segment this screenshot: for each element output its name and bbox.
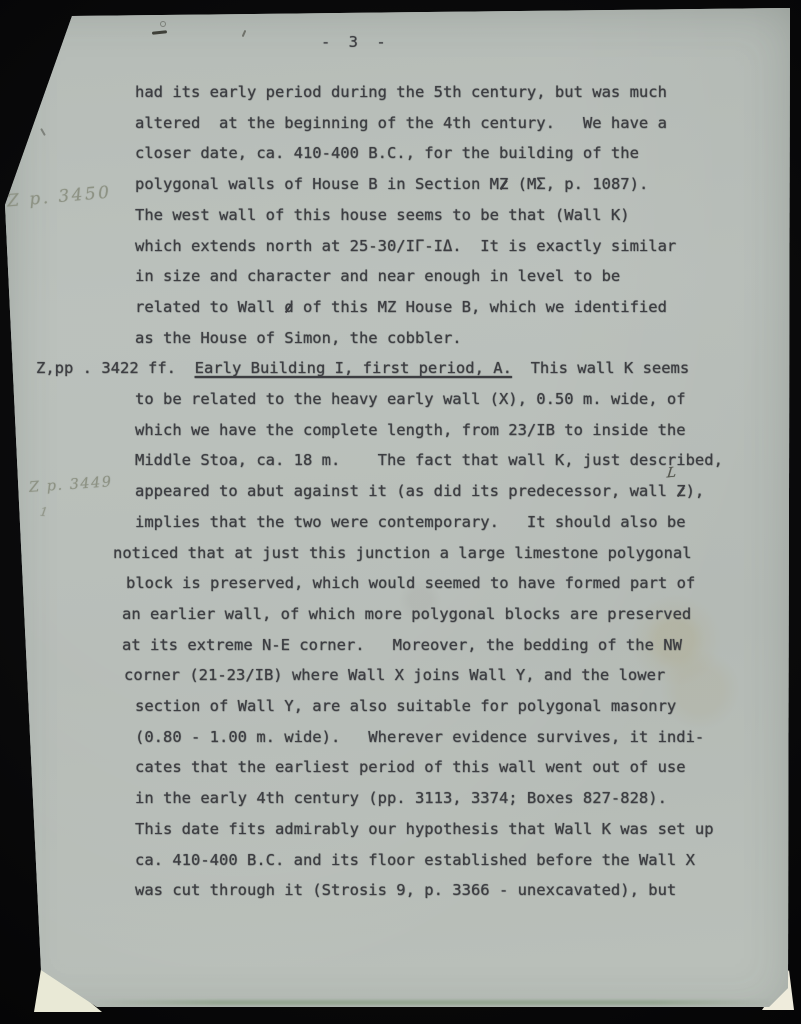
typed-line: which we have the complete length, from … — [135, 423, 686, 439]
typed-text: (MΣ, p. 1087). — [508, 175, 648, 193]
typed-line: Middle Stoa, ca. 18 m. The fact that wal… — [135, 453, 723, 469]
typed-line: (0.80 - 1.00 m. wide). Wherever evidence… — [135, 730, 704, 746]
typed-line: which extends north at 25-30/IΓ-IΔ. It i… — [135, 239, 676, 255]
margin-pencil-tick: 1 — [39, 505, 49, 520]
typed-line: appeared to abut against it (as did its … — [135, 484, 704, 500]
typed-text: polygonal walls of House B in Section M — [135, 175, 499, 193]
typed-text: ), — [686, 482, 705, 500]
typed-line: had its early period during the 5th cent… — [135, 85, 667, 101]
typed-line: ca. 410-400 B.C. and its floor establish… — [135, 853, 695, 869]
pencil-mark — [160, 21, 166, 27]
typed-line: This date fits admirably our hypothesis … — [135, 822, 714, 838]
pencil-mark — [40, 128, 46, 136]
typed-line: polygonal walls of House B in Section MZ… — [135, 177, 648, 193]
struck-character: d — [284, 300, 293, 316]
typed-text: of this MZ House B, which we identified — [294, 298, 667, 316]
pencil-mark — [242, 30, 247, 37]
typed-line: related to Wall d of this MZ House B, wh… — [135, 300, 667, 316]
typed-text: This wall K seems — [512, 359, 689, 377]
margin-note-pencil-mid: Z p. 3449 — [29, 474, 114, 496]
typed-line: noticed that at just this junction a lar… — [113, 546, 692, 562]
typed-text: Z,pp . 3422 ff. — [36, 359, 195, 377]
typed-line: in size and character and near enough in… — [135, 269, 620, 285]
typed-line: Z,pp . 3422 ff. Early Building I, first … — [36, 361, 689, 377]
typed-line: The west wall of this house seems to be … — [135, 208, 630, 224]
underlined-heading: Early Building I, first period, A. — [195, 359, 512, 377]
typed-line: cates that the earliest period of this w… — [135, 760, 686, 776]
typed-line: altered at the beginning of the 4th cent… — [135, 116, 667, 132]
typed-line: corner (21-23/IB) where Wall X joins Wal… — [124, 668, 665, 684]
pencil-mark — [152, 30, 167, 35]
struck-character: Z — [499, 177, 508, 193]
typed-line: closer date, ca. 410-400 B.C., for the b… — [135, 146, 639, 162]
typed-text: appeared to abut against it (as did its … — [135, 482, 676, 500]
typed-line: in the early 4th century (pp. 3113, 3374… — [135, 791, 667, 807]
margin-note-pencil-top: Z p. 3450 — [6, 182, 112, 211]
typed-text: related to Wall — [135, 298, 284, 316]
page-number: - 3 - — [321, 33, 390, 51]
typed-line: section of Wall Y, are also suitable for… — [135, 699, 676, 715]
typed-line: as the House of Simon, the cobbler. — [135, 331, 462, 347]
typed-line: implies that the two were contemporary. … — [135, 515, 686, 531]
typed-line: was cut through it (Strosis 9, p. 3366 -… — [135, 883, 676, 899]
typed-line: an earlier wall, of which more polygonal… — [122, 607, 691, 623]
scan-background: - 3 - had its early period during the 5t… — [0, 0, 801, 1024]
page-bottom-edge — [96, 1000, 777, 1005]
handwritten-correction-L: L — [666, 465, 677, 482]
struck-character: Z — [676, 484, 685, 500]
document-page: - 3 - had its early period during the 5t… — [0, 0, 801, 1024]
typed-line: to be related to the heavy early wall (X… — [135, 392, 686, 408]
typed-line: block is preserved, which would seemed t… — [126, 576, 695, 592]
typed-line: at its extreme N-E corner. Moreover, the… — [122, 638, 682, 654]
